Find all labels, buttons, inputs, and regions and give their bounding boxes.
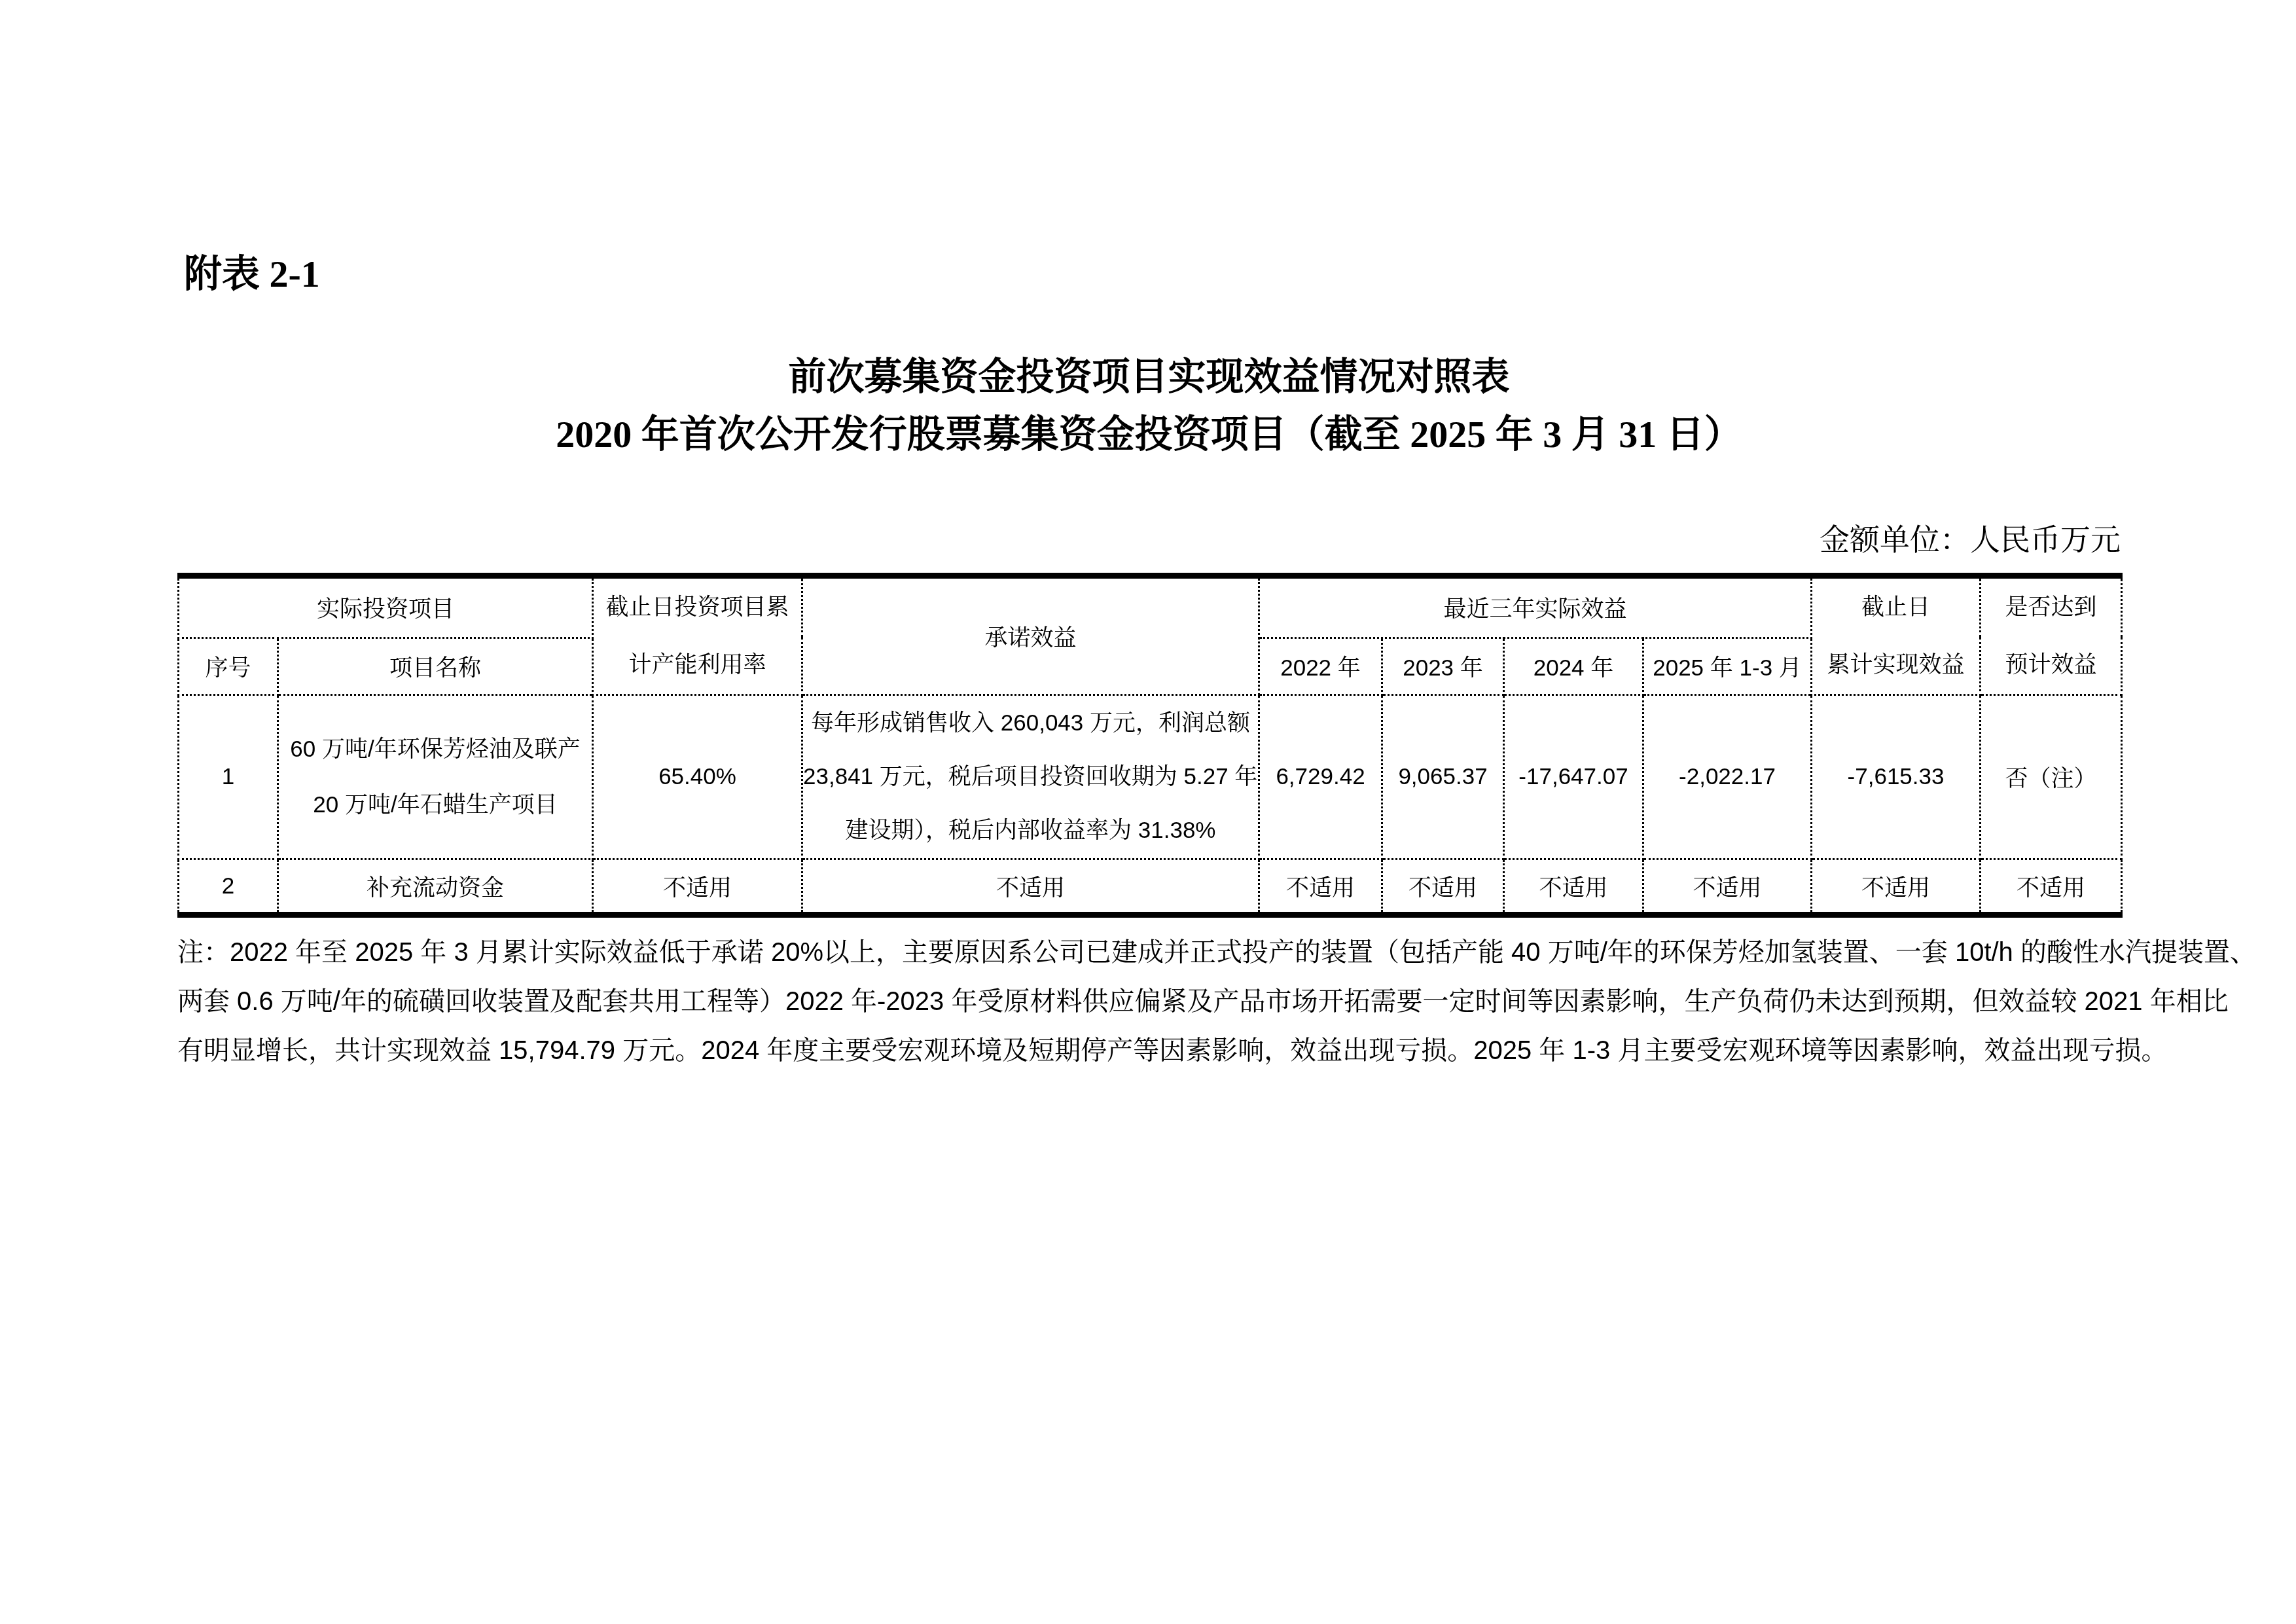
header-cutoff-cumulative-line2: 累计实现效益 xyxy=(1812,636,1979,694)
cell-seq: 1 xyxy=(179,695,278,859)
cell-project-name: 补充流动资金 xyxy=(278,859,593,915)
cell-benefit-2023: 9,065.37 xyxy=(1382,695,1504,859)
cell-seq: 2 xyxy=(179,859,278,915)
header-year-2024: 2024 年 xyxy=(1504,638,1643,695)
cell-benefit-2022: 不适用 xyxy=(1259,859,1382,915)
cell-project-name: 60 万吨/年环保芳烃油及联产 20 万吨/年石蜡生产项目 xyxy=(278,695,593,859)
promised-benefit-line1: 每年形成销售收入 260,043 万元，利润总额 xyxy=(803,696,1258,750)
cell-promised-benefit: 每年形成销售收入 260,043 万元，利润总额 23,841 万元，税后项目投… xyxy=(802,695,1259,859)
header-capacity-utilization-line2: 计产能利用率 xyxy=(594,636,801,694)
header-reached-expected-benefit: 是否达到 预计效益 xyxy=(1981,576,2122,695)
header-capacity-utilization-line1: 截止日投资项目累 xyxy=(594,579,801,636)
cell-cumulative-benefit: 不适用 xyxy=(1812,859,1981,915)
cell-benefit-2025: 不适用 xyxy=(1643,859,1812,915)
cell-reached-expected: 否（注） xyxy=(1981,695,2122,859)
table-row: 1 60 万吨/年环保芳烃油及联产 20 万吨/年石蜡生产项目 65.40% 每… xyxy=(179,695,2122,859)
header-cutoff-cumulative-benefit: 截止日 累计实现效益 xyxy=(1812,576,1981,695)
header-year-2025: 2025 年 1-3 月 xyxy=(1643,638,1812,695)
promised-benefit-line2: 23,841 万元，税后项目投资回收期为 5.27 年（含 xyxy=(803,750,1258,804)
footnote-line: 注：2022 年至 2025 年 3 月累计实际效益低于承诺 20%以上，主要原… xyxy=(177,928,2121,977)
cell-cumulative-benefit: -7,615.33 xyxy=(1812,695,1981,859)
header-actual-investment-project: 实际投资项目 xyxy=(179,576,593,638)
header-project-name: 项目名称 xyxy=(278,638,593,695)
cell-benefit-2023: 不适用 xyxy=(1382,859,1504,915)
footnote-line: 有明显增长，共计实现效益 15,794.79 万元。2024 年度主要受宏观环境… xyxy=(177,1026,2121,1075)
header-seq: 序号 xyxy=(179,638,278,695)
amount-unit-label: 金额单位：人民币万元 xyxy=(177,521,2121,559)
header-group-row: 实际投资项目 截止日投资项目累 计产能利用率 承诺效益 最近三年实际效益 截止日… xyxy=(179,576,2122,638)
header-year-2023: 2023 年 xyxy=(1382,638,1504,695)
cell-benefit-2024: -17,647.07 xyxy=(1504,695,1643,859)
header-cutoff-cumulative-line1: 截止日 xyxy=(1812,579,1979,636)
header-year-2022: 2022 年 xyxy=(1259,638,1382,695)
project-name-line1: 60 万吨/年环保芳烃油及联产 xyxy=(279,721,592,777)
header-reached-expected-line2: 预计效益 xyxy=(1981,636,2121,694)
cell-benefit-2022: 6,729.42 xyxy=(1259,695,1382,859)
header-reached-expected-line1: 是否达到 xyxy=(1981,579,2121,636)
header-promised-benefit: 承诺效益 xyxy=(802,576,1259,695)
cell-capacity-utilization: 不适用 xyxy=(593,859,802,915)
table-row: 2 补充流动资金 不适用 不适用 不适用 不适用 不适用 不适用 不适用 不适用 xyxy=(179,859,2122,915)
project-name-line2: 20 万吨/年石蜡生产项目 xyxy=(279,777,592,833)
footnote-line: 两套 0.6 万吨/年的硫磺回收装置及配套共用工程等）2022 年-2023 年… xyxy=(177,977,2121,1026)
header-capacity-utilization: 截止日投资项目累 计产能利用率 xyxy=(593,576,802,695)
cell-capacity-utilization: 65.40% xyxy=(593,695,802,859)
cell-promised-benefit: 不适用 xyxy=(802,859,1259,915)
promised-benefit-line3: 建设期），税后内部收益率为 31.38% xyxy=(803,804,1258,857)
cell-benefit-2024: 不适用 xyxy=(1504,859,1643,915)
footnote: 注：2022 年至 2025 年 3 月累计实际效益低于承诺 20%以上，主要原… xyxy=(177,928,2121,1075)
header-recent-three-years-benefit: 最近三年实际效益 xyxy=(1259,576,1812,638)
document-title: 前次募集资金投资项目实现效益情况对照表 xyxy=(177,353,2121,401)
document-subtitle: 2020 年首次公开发行股票募集资金投资项目（截至 2025 年 3 月 31 … xyxy=(177,411,2121,458)
document-page: 附表 2-1 前次募集资金投资项目实现效益情况对照表 2020 年首次公开发行股… xyxy=(0,0,2296,1624)
benefit-comparison-table: 实际投资项目 截止日投资项目累 计产能利用率 承诺效益 最近三年实际效益 截止日… xyxy=(177,573,2123,918)
appendix-label: 附表 2-1 xyxy=(184,251,320,298)
cell-benefit-2025: -2,022.17 xyxy=(1643,695,1812,859)
cell-reached-expected: 不适用 xyxy=(1981,859,2122,915)
